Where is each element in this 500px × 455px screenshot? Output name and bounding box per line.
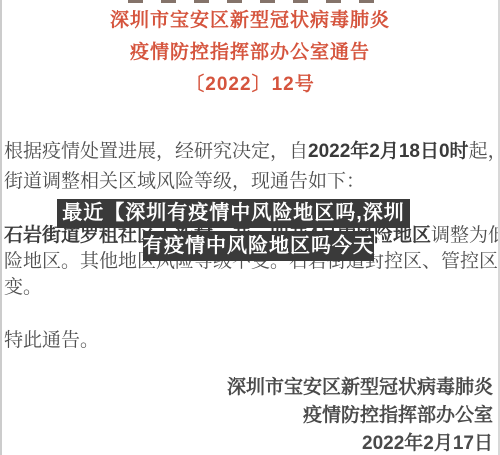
adjustment-line-3: 变。 <box>4 275 500 301</box>
intro-line-1: 根据疫情处置进展，经研究决定，自2022年2月18日0时起，宝安区石岩 <box>4 137 500 167</box>
signature-block: 深圳市宝安区新型冠状病毒肺炎 疫情防控指挥部办公室 2022年2月17日 <box>227 374 493 455</box>
header-doc-number: 〔2022〕12号 <box>0 69 500 101</box>
notice-header: 深圳市宝安区新型冠状病毒肺炎 疫情防控指挥部办公室通告 〔2022〕12号 <box>0 5 500 101</box>
intro-paragraph: 根据疫情处置进展，经研究决定，自2022年2月18日0时起，宝安区石岩 街道调整… <box>4 137 500 197</box>
header-title-line-2: 疫情防控指挥部办公室通告 <box>0 37 500 69</box>
notice-page: 深圳市宝安区新型冠状病毒肺炎 疫情防控指挥部办公室通告 〔2022〕12号 根据… <box>0 0 500 455</box>
adjustment-line1-tail: 调整为低风 <box>431 225 500 246</box>
cropped-text-fragments <box>128 0 374 3</box>
signature-date: 2022年2月17日 <box>227 430 493 455</box>
watermark-caption-line-1: 最近【深圳有疫情中风险地区吗,深圳 <box>57 199 410 228</box>
closing-statement: 特此通告。 <box>4 330 99 352</box>
header-title-line-1: 深圳市宝安区新型冠状病毒肺炎 <box>0 5 500 37</box>
signature-org-line-1: 深圳市宝安区新型冠状病毒肺炎 <box>227 374 493 402</box>
intro-line1-pre: 根据疫情处置进展，经研究决定，自 <box>4 141 308 162</box>
signature-org-line-2: 疫情防控指挥部办公室 <box>227 402 493 430</box>
intro-line-2: 街道调整相关区域风险等级，现通告如下： <box>4 167 500 197</box>
area-name-bold: 石岩街道罗租社区 <box>4 225 156 246</box>
intro-line1-post: 起，宝安区石岩 <box>469 141 500 162</box>
effective-datetime: 2022年2月18日0时 <box>308 141 469 162</box>
watermark-caption-line-2: 有疫情中风险地区吗今天】 <box>143 231 374 261</box>
left-edge-strip <box>0 0 2 455</box>
